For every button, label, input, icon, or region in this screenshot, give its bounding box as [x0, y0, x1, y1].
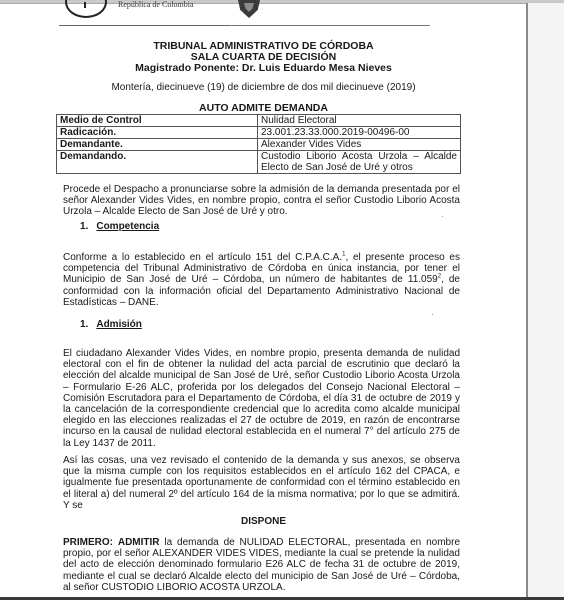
seal-mark [84, 2, 86, 8]
table-row: Radicación. 23.001.23.33.000.2019-00496-… [57, 127, 461, 139]
table-value: Alexander Vides Vides [258, 139, 461, 151]
table-row: Medio de Control Nulidad Electoral [57, 115, 461, 127]
section-heading-admision: 1.Admisión [80, 319, 142, 330]
section-heading-competencia: 1.Competencia [80, 221, 159, 232]
section-title: Admisión [96, 319, 142, 330]
primero-paragraph: PRIMERO: ADMITIR la demanda de NULIDAD E… [63, 537, 460, 593]
competencia-paragraph: Conforme a lo establecido en el artículo… [63, 252, 460, 308]
scan-speck [442, 216, 443, 217]
table-key: Demandante. [57, 139, 258, 151]
competencia-text-a: Conforme a lo establecido en el artículo… [63, 252, 342, 263]
admision-paragraph-1: El ciudadano Alexander Vides Vides, en n… [63, 348, 460, 449]
table-value: Nulidad Electoral [258, 115, 461, 127]
scan-speck [432, 314, 433, 315]
section-number: 1. [80, 319, 88, 330]
table-key: Demandando. [57, 151, 258, 174]
header-rule-dots [230, 25, 430, 27]
section-number: 1. [80, 221, 88, 232]
viewer-background [528, 3, 564, 597]
admision-paragraph-2: Así las cosas, una vez revisado el conte… [63, 455, 460, 511]
table-value: 23.001.23.33.000.2019-00496-00 [258, 127, 461, 139]
table-value: Custodio Liborio Acosta Urzola – Alcalde… [258, 151, 461, 174]
magistrate-line: Magistrado Ponente: Dr. Luis Eduardo Mes… [0, 62, 527, 74]
dispone-title: DISPONE [0, 516, 527, 527]
table-row: Demandante. Alexander Vides Vides [57, 139, 461, 151]
primero-label: PRIMERO: [63, 537, 113, 548]
table-row: Demandando. Custodio Liborio Acosta Urzo… [57, 151, 461, 174]
section-title: Competencia [96, 221, 159, 232]
document-title: AUTO ADMITE DEMANDA [0, 102, 527, 114]
primero-verb: ADMITIR [118, 537, 160, 548]
case-info-table: Medio de Control Nulidad Electoral Radic… [56, 114, 461, 174]
table-key: Medio de Control [57, 115, 258, 127]
date-line: Montería, diecinueve (19) de diciembre d… [0, 82, 527, 93]
intro-paragraph: Procede el Despacho a pronunciarse sobre… [63, 184, 460, 218]
republic-text: República de Colombia [118, 0, 194, 9]
seal-icon [65, 0, 107, 18]
scan-speck [268, 215, 269, 216]
table-key: Radicación. [57, 127, 258, 139]
